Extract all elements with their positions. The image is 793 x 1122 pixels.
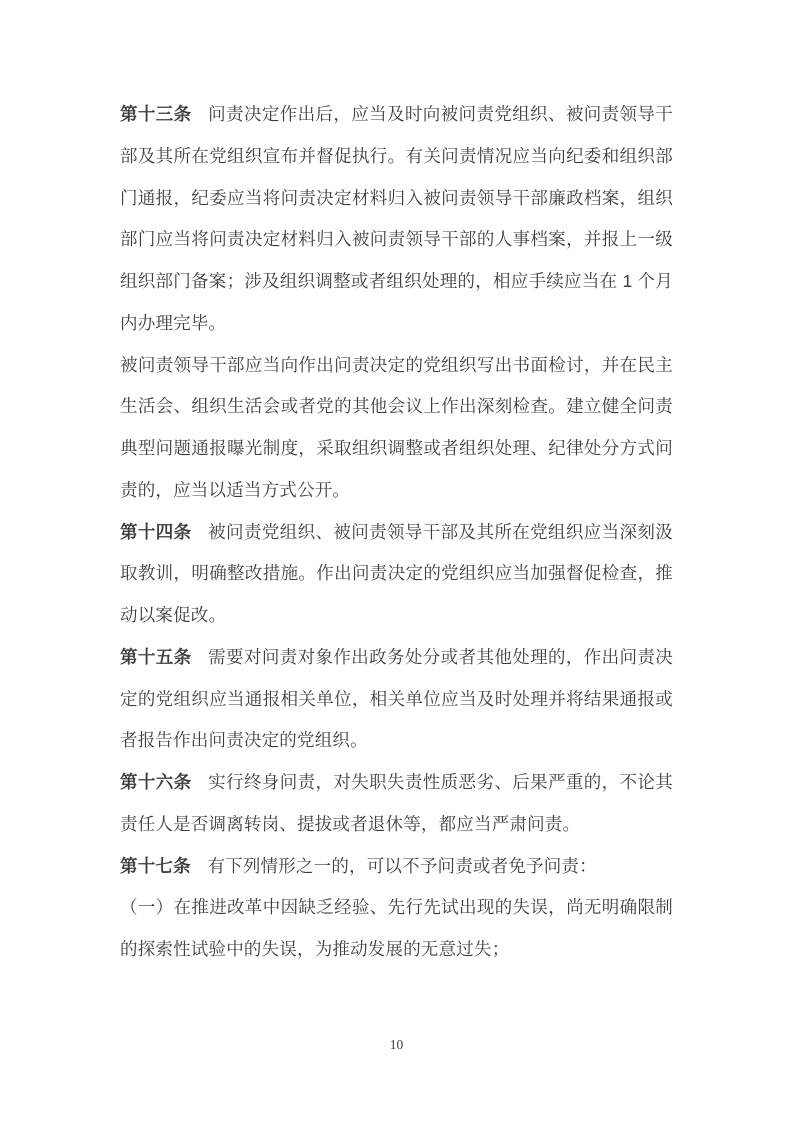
- line-text: 实行终身问责，对失职失责性质恶劣、后果严重的，不论其: [208, 772, 673, 792]
- text-line: 内办理完毕。: [120, 303, 673, 345]
- text-line: 者报告作出问责决定的党组织。: [120, 720, 673, 762]
- text-line: 责的，应当以适当方式公开。: [120, 470, 673, 512]
- line-text: 需要对问责对象作出政务处分或者其他处理的，作出问责决: [208, 647, 673, 667]
- text-line: 第十三条问责决定作出后，应当及时向被问责党组织、被问责领导干: [120, 94, 673, 136]
- text-line: 生活会、组织生活会或者党的其他会议上作出深刻检查。建立健全问责: [120, 386, 673, 428]
- text-line: 组织部门备案；涉及组织调整或者组织处理的，相应手续应当在 1 个月: [120, 261, 673, 303]
- article-number: 第十六条: [120, 772, 192, 792]
- text-line: 动以案促改。: [120, 595, 673, 637]
- line-text: 被问责党组织、被问责领导干部及其所在党组织应当深刻汲: [208, 522, 673, 542]
- text-line: 第十六条实行终身问责，对失职失责性质恶劣、后果严重的，不论其: [120, 762, 673, 804]
- text-line: 被问责领导干部应当向作出问责决定的党组织写出书面检讨，并在民主: [120, 345, 673, 387]
- document-page: 第十三条问责决定作出后，应当及时向被问责党组织、被问责领导干部及其所在党组织宣布…: [0, 0, 793, 1122]
- line-text: 问责决定作出后，应当及时向被问责党组织、被问责领导干: [208, 104, 673, 124]
- text-line: 定的党组织应当通报相关单位，相关单位应当及时处理并将结果通报或: [120, 679, 673, 721]
- text-line: 责任人是否调离转岗、提拔或者退休等，都应当严肃问责。: [120, 804, 673, 846]
- article-number: 第十三条: [120, 104, 192, 124]
- article-number: 第十七条: [120, 856, 191, 876]
- article-number: 第十五条: [120, 647, 192, 667]
- text-line: 部门应当将问责决定材料归入被问责领导干部的人事档案，并报上一级: [120, 219, 673, 261]
- text-line: 第十四条被问责党组织、被问责领导干部及其所在党组织应当深刻汲: [120, 512, 673, 554]
- page-number: 10: [0, 1036, 793, 1054]
- document-body: 第十三条问责决定作出后，应当及时向被问责党组织、被问责领导干部及其所在党组织宣布…: [120, 94, 673, 971]
- article-number: 第十四条: [120, 522, 192, 542]
- text-line: 典型问题通报曝光制度，采取组织调整或者组织处理、纪律处分方式问: [120, 428, 673, 470]
- text-line: （一）在推进改革中因缺乏经验、先行先试出现的失误，尚无明确限制: [120, 887, 673, 929]
- text-line: 取教训，明确整改措施。作出问责决定的党组织应当加强督促检查，推: [120, 553, 673, 595]
- text-line: 门通报，纪委应当将问责决定材料归入被问责领导干部廉政档案，组织: [120, 178, 673, 220]
- text-line: 的探索性试验中的失误，为推动发展的无意过失；: [120, 929, 673, 971]
- line-text: 有下列情形之一的，可以不予问责或者免予问责：: [207, 856, 596, 876]
- text-line: 第十五条需要对问责对象作出政务处分或者其他处理的，作出问责决: [120, 637, 673, 679]
- text-line: 第十七条有下列情形之一的，可以不予问责或者免予问责：: [120, 846, 673, 888]
- text-line: 部及其所在党组织宣布并督促执行。有关问责情况应当向纪委和组织部: [120, 136, 673, 178]
